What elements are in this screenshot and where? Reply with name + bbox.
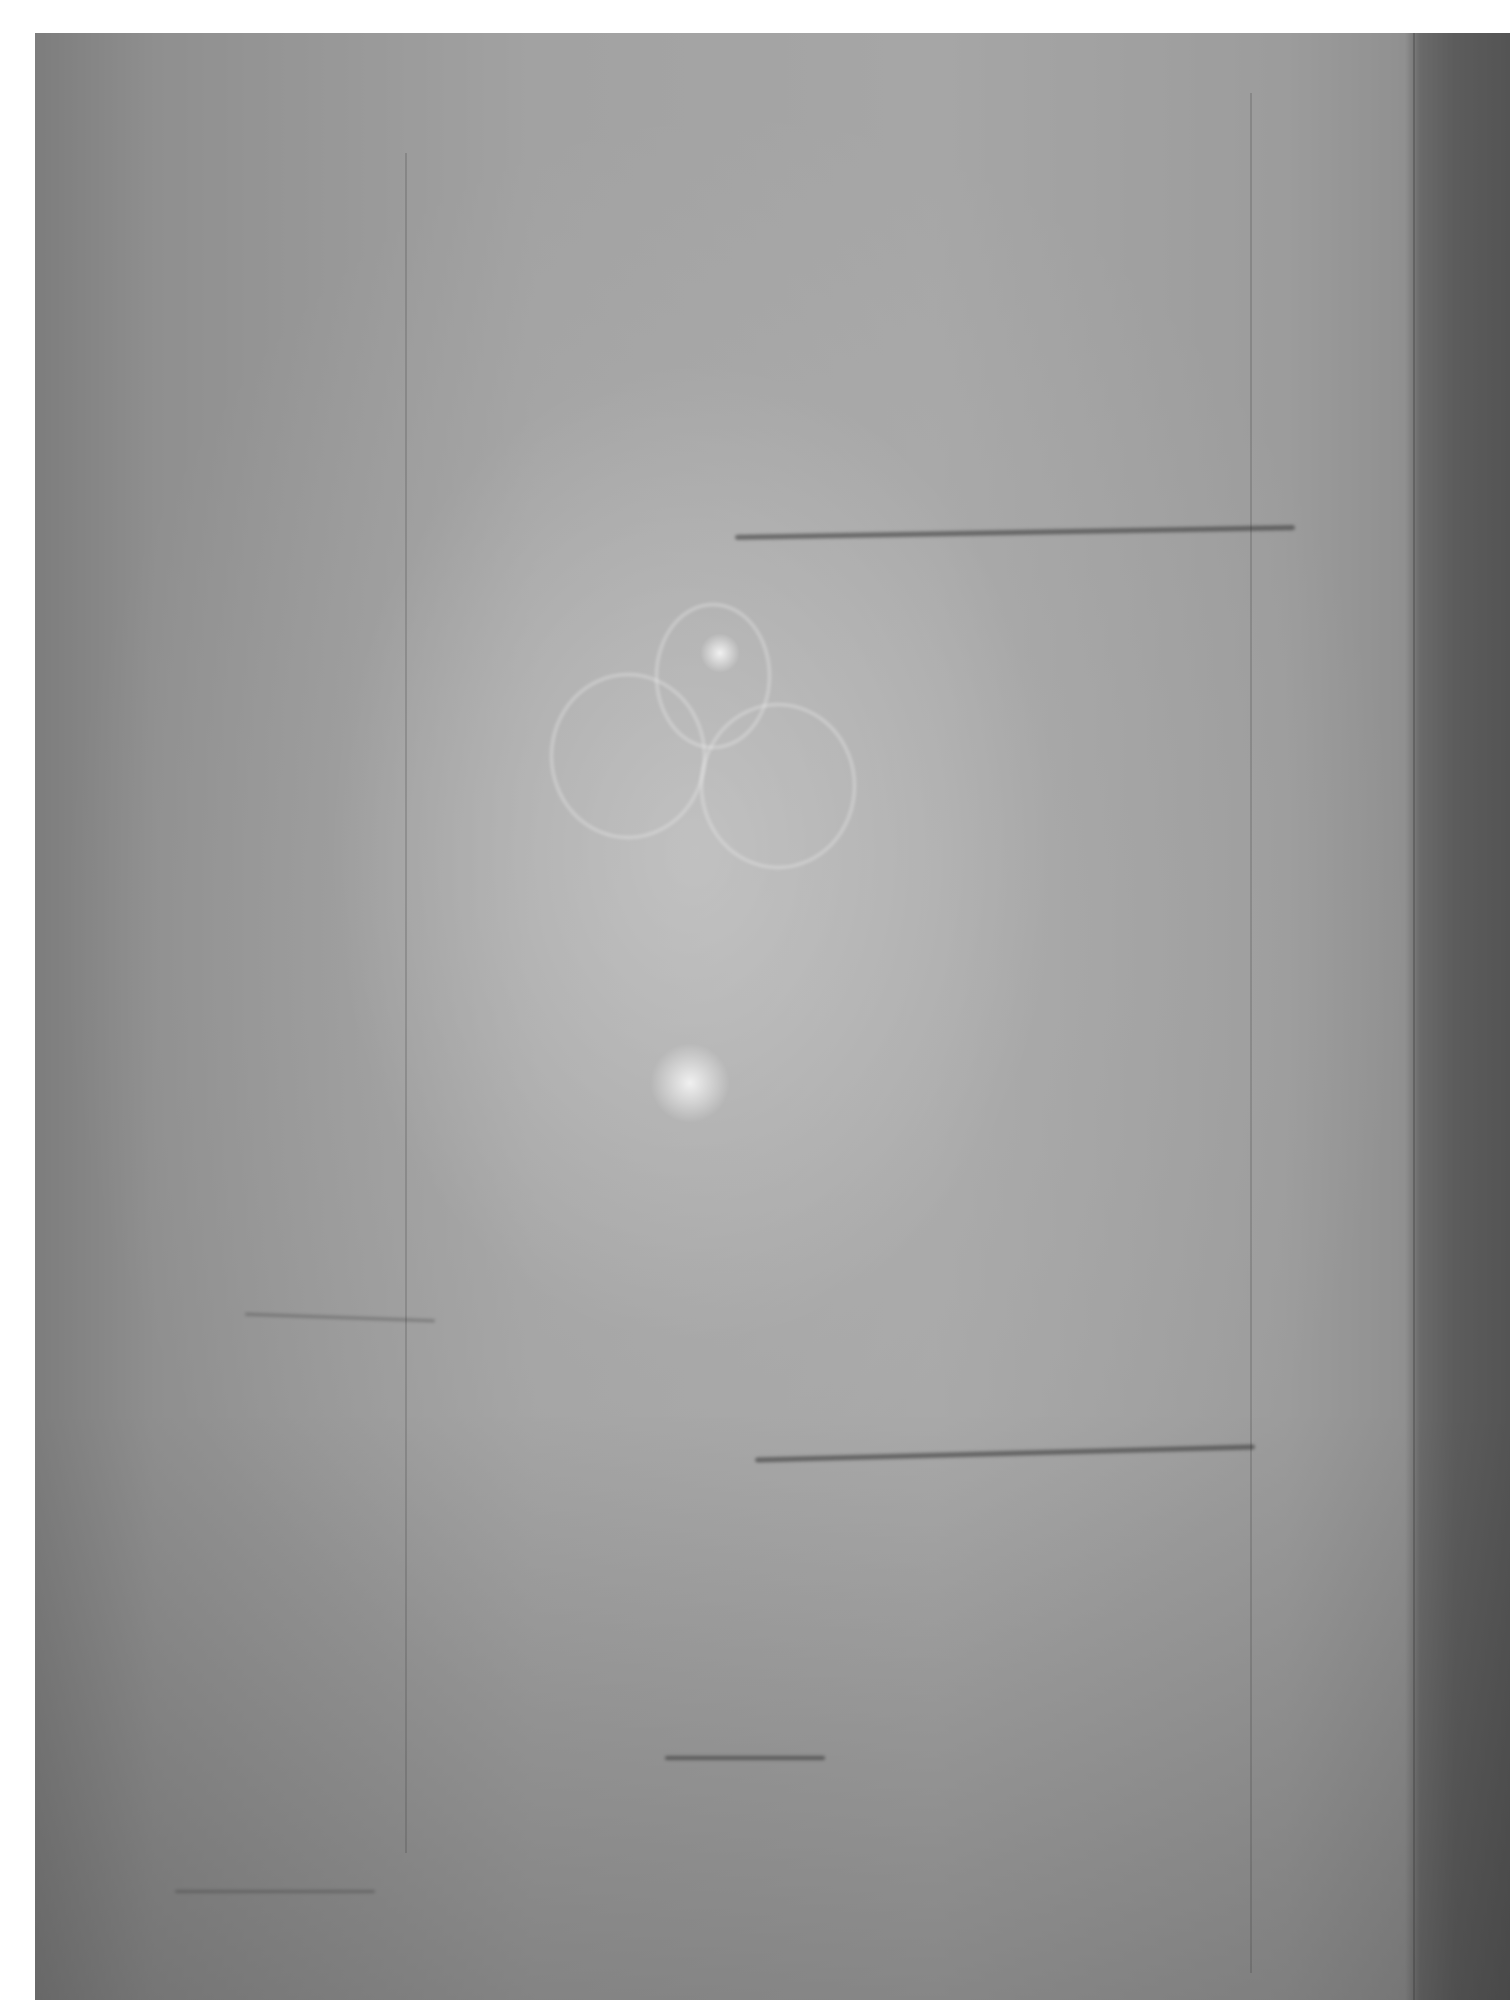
page-edge-line bbox=[1413, 33, 1415, 2000]
margin-rule-left bbox=[405, 153, 407, 1853]
strikethrough-line-2 bbox=[755, 1444, 1255, 1462]
strikethrough-line-4 bbox=[175, 1890, 375, 1893]
strikethrough-line-1 bbox=[735, 525, 1295, 540]
margin-rule-right bbox=[1250, 93, 1252, 1973]
strikethrough-line-3 bbox=[665, 1756, 825, 1760]
left-ruler bbox=[0, 0, 33, 2000]
watermark-loop-left bbox=[550, 673, 706, 839]
watermark-upper bbox=[655, 603, 771, 749]
top-ruler bbox=[0, 0, 1510, 33]
watermark-loop-right bbox=[700, 703, 856, 869]
light-spot-2 bbox=[700, 633, 740, 673]
manuscript-page-scan bbox=[35, 33, 1510, 2000]
strikethrough-line-5 bbox=[245, 1313, 435, 1323]
light-spot bbox=[650, 1043, 730, 1123]
